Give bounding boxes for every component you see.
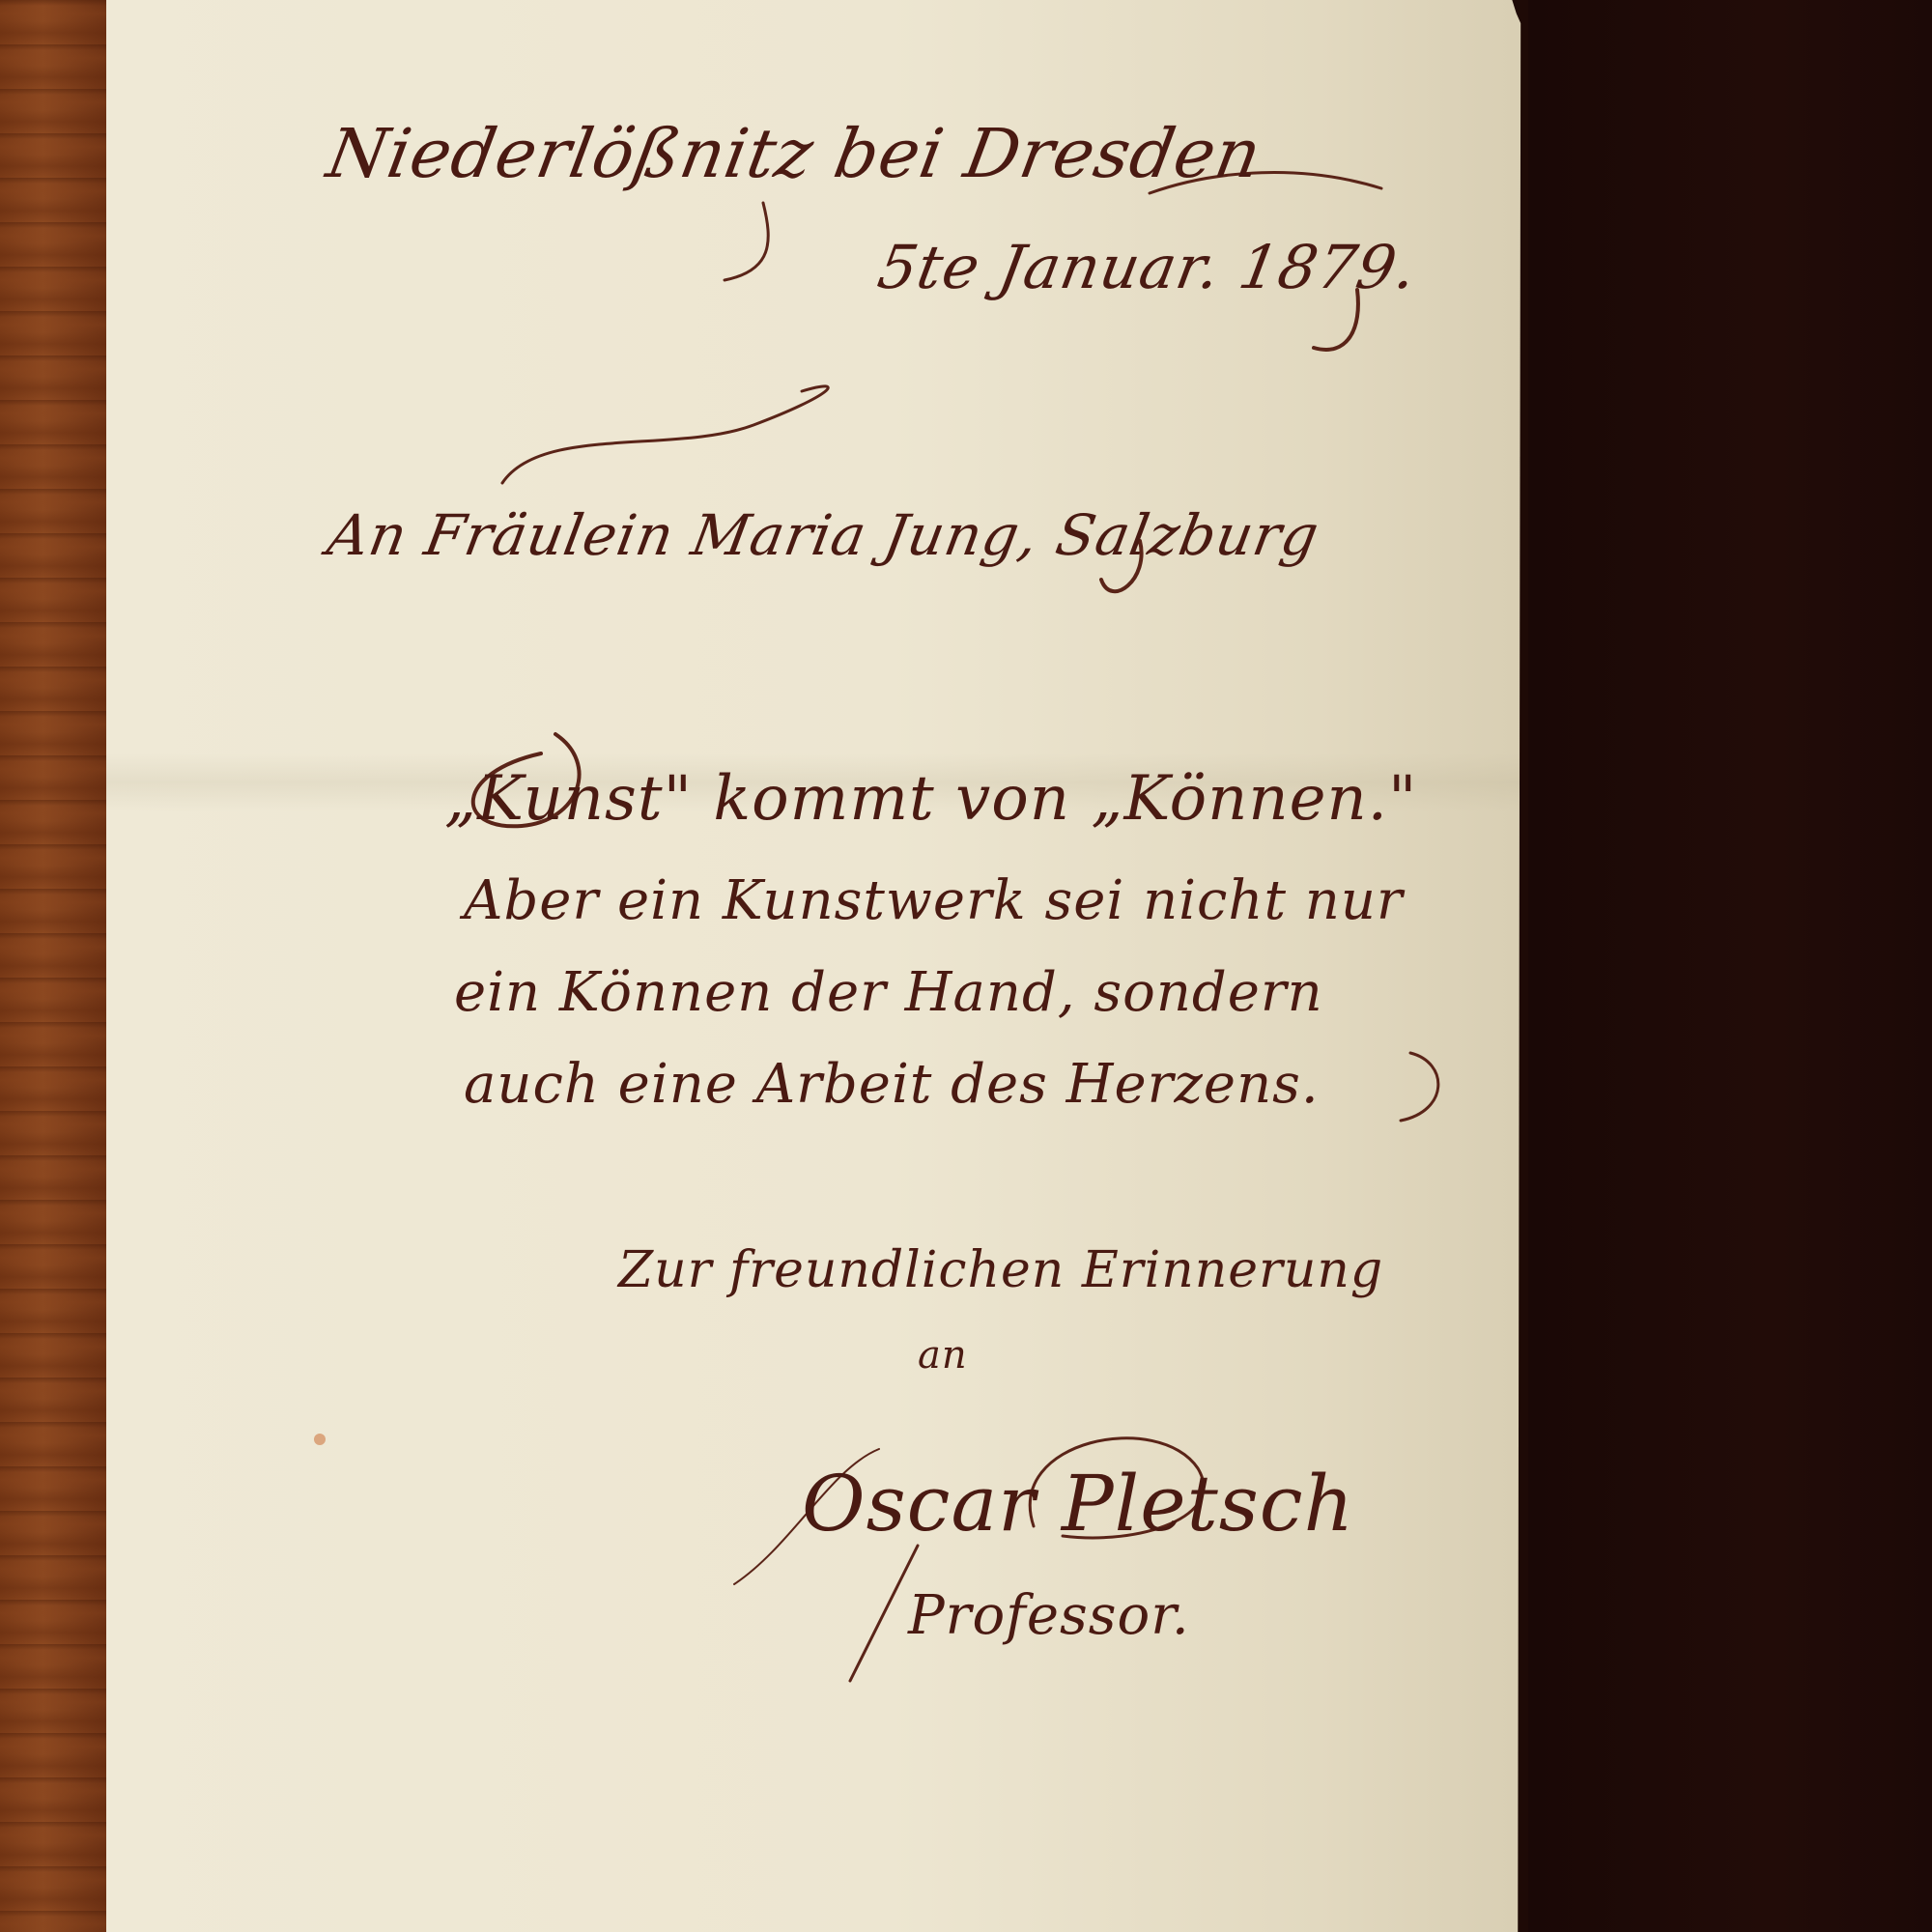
closing-line: Zur freundlichen Erinnerung <box>618 1241 1383 1299</box>
wooden-table-background <box>0 0 108 1932</box>
body-line: auch eine Arbeit des Herzens. <box>464 1053 1320 1116</box>
dark-background <box>1528 0 1932 1932</box>
letter-recipient: An Fräulein Maria Jung, Salzburg <box>323 502 1324 568</box>
signature-title: Professor. <box>908 1584 1190 1647</box>
signature-name: Oscar Pletsch <box>802 1459 1354 1548</box>
paper-stain <box>314 1434 326 1445</box>
body-line: Aber ein Kunstwerk sei nicht nur <box>464 869 1404 932</box>
closing-an: an <box>918 1333 968 1378</box>
body-line: ein Können der Hand, sondern <box>454 961 1323 1024</box>
letter-place: Niederlößnitz bei Dresden <box>322 114 1267 193</box>
letter-date: 5te Januar. 1879. <box>873 232 1423 302</box>
body-line: „Kunst" kommt von „Können." <box>444 763 1417 835</box>
